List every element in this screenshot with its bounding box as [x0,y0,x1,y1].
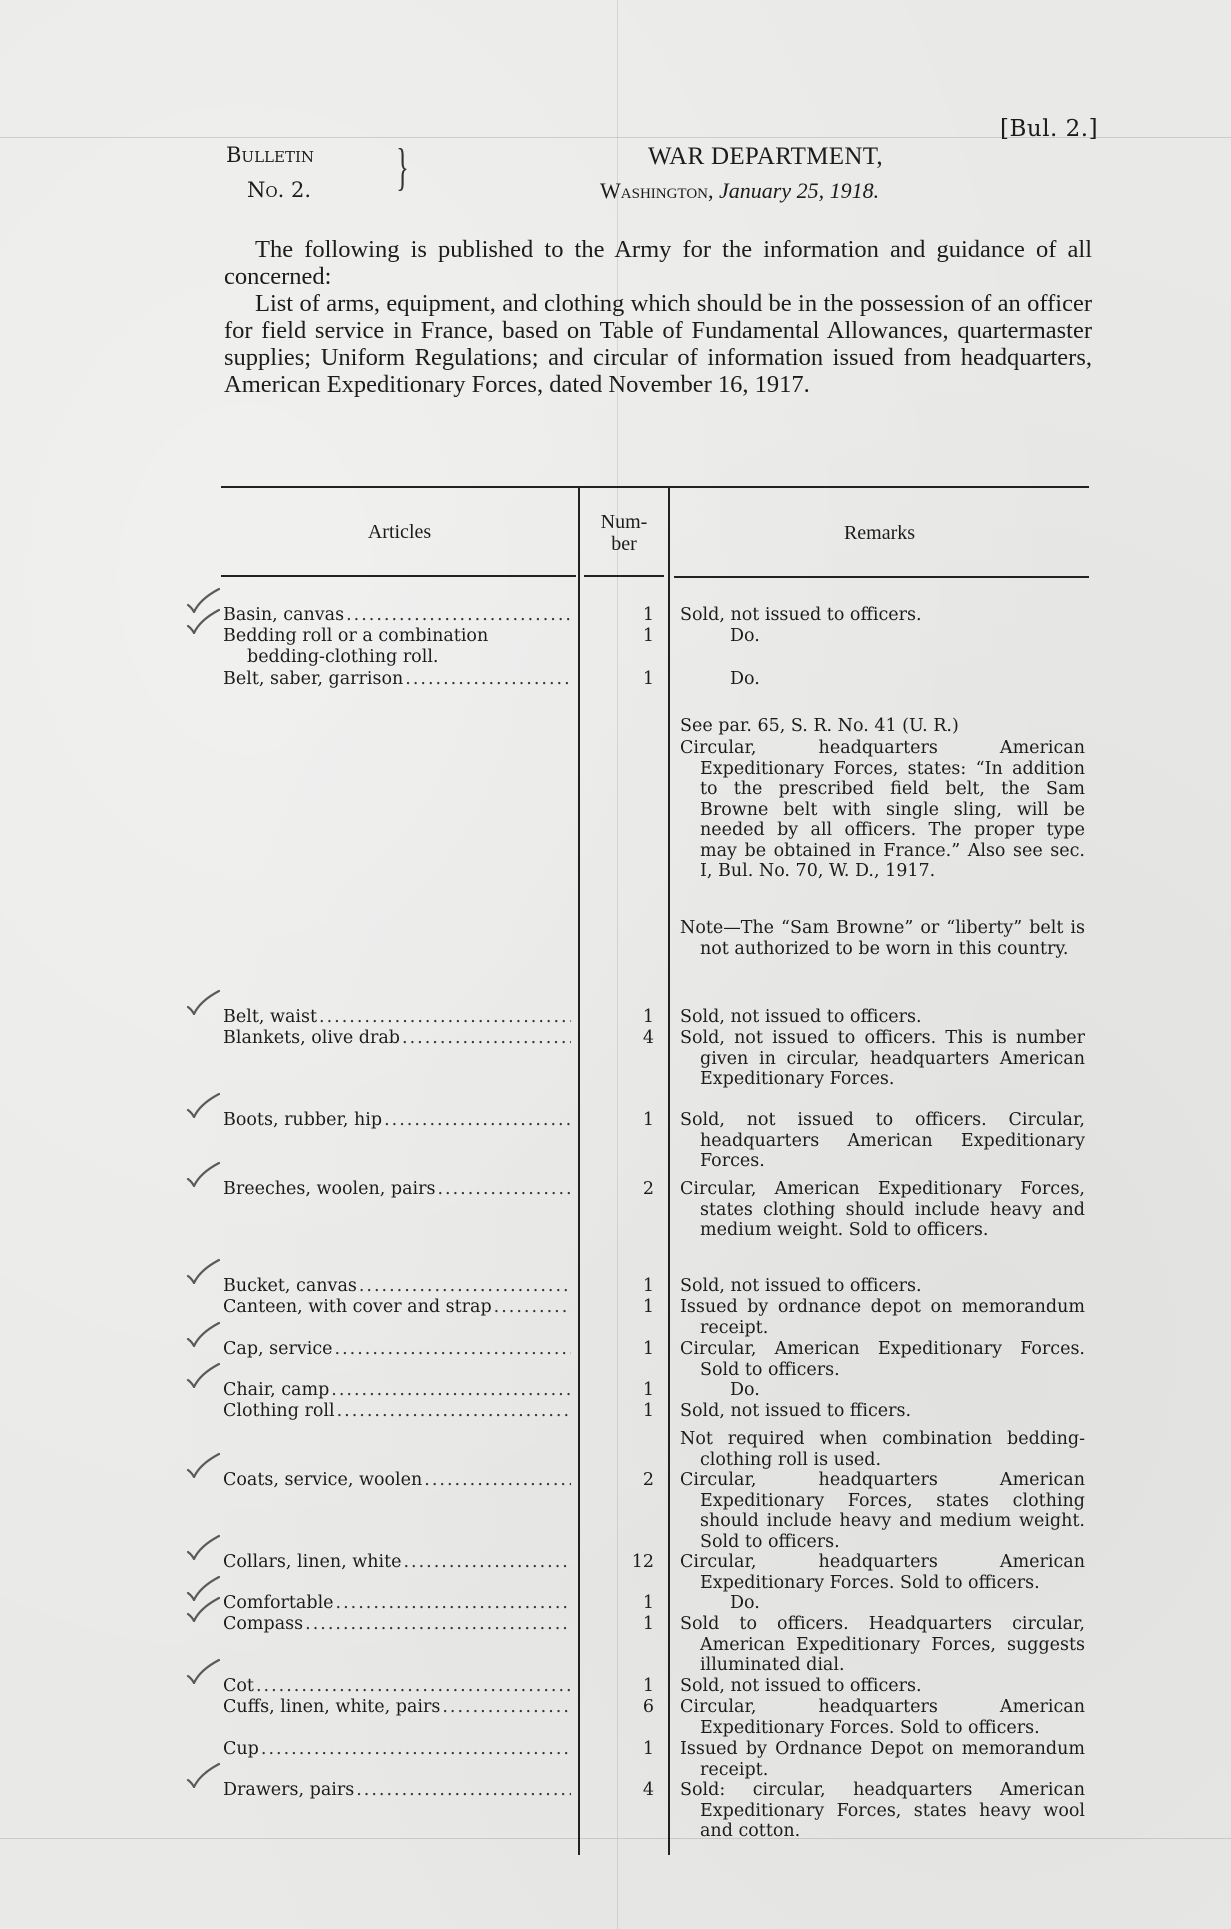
pencil-check-icon [186,1321,220,1347]
leader-dots: ........................................… [356,1780,571,1801]
article-cell: Coats, service, woolen..................… [223,1470,571,1491]
date: January 25, 1918. [719,178,879,203]
article-name: Clothing roll [223,1401,335,1422]
bulletin-tag: [Bul. 2.] [1000,116,1098,142]
bulletin-number: No. 2. [247,178,311,202]
pencil-check-icon [186,989,220,1015]
remarks-text: Circular, headquarters American Expediti… [680,1697,1085,1738]
article-line: Breeches, woolen, pairs.................… [223,1179,571,1200]
remarks-text: Circular, American Expeditionary Forces,… [680,1179,1085,1241]
remarks-cell-continued: Circular, headquarters American Expediti… [680,738,1085,882]
place-date: Washington, January 25, 1918. [600,178,879,204]
remarks-cell: Sold, not issued to officers. [680,605,1085,626]
article-name: Cot [223,1676,254,1697]
article-line: Belt, saber, garrison...................… [223,669,571,690]
column-header-number-line2: ber [611,533,637,555]
number-cell: 1 [590,1593,654,1614]
remarks-cell: Circular, headquarters American Expediti… [680,1552,1085,1593]
leader-dots: ........................................… [337,1401,571,1422]
intro-text: The following is published to the Army f… [224,236,1092,398]
leader-dots: ........................................… [494,1297,571,1318]
article-line: Collars, linen, white...................… [223,1552,571,1573]
remarks-cell: Circular, American Expeditionary Forces.… [680,1339,1085,1380]
number-cell: 1 [590,1110,654,1131]
note-body: Note—The “Sam Browne” or “liberty” belt … [680,918,1085,959]
column-divider [668,488,670,1855]
article-line: Drawers, pairs..........................… [223,1780,571,1801]
column-header-remarks: Remarks [670,522,1089,544]
remarks-text: Sold: circular, headquarters American Ex… [680,1780,1085,1842]
leader-dots: ........................................… [403,1552,571,1573]
article-line: Cot.....................................… [223,1676,571,1697]
remarks-cell: Sold, not issued to officers. This is nu… [680,1028,1085,1090]
article-line: Clothing roll...........................… [223,1401,571,1422]
article-cell: Compass.................................… [223,1614,571,1635]
remarks-text: Sold, not issued to officers. Circular, … [680,1110,1085,1172]
leader-dots: ........................................… [384,1110,571,1131]
remarks-cell: Do. [680,669,1085,690]
leader-dots: ........................................… [319,1007,571,1028]
number-cell: 1 [590,1297,654,1318]
article-name: Drawers, pairs [223,1780,354,1801]
number-cell: 1 [590,1007,654,1028]
number-cell: 1 [590,605,654,626]
number-cell: 1 [590,1739,654,1760]
remarks-text: Sold to officers. Headquarters circular,… [680,1614,1085,1676]
number-cell: 12 [590,1552,654,1573]
leader-dots: ........................................… [331,1380,571,1401]
leader-dots: ........................................… [424,1470,571,1491]
leader-dots: ........................................… [402,1028,571,1049]
article-line: Chair, camp.............................… [223,1380,571,1401]
remarks-cell: Do. [680,1593,1085,1614]
pencil-check-icon [186,1362,220,1388]
article-line: Cuffs, linen, white, pairs..............… [223,1697,571,1718]
note-text: Note—The “Sam Browne” or “liberty” belt … [680,918,1085,959]
remarks-text: Sold, not issued to officers. This is nu… [680,1028,1085,1090]
number-cell: 1 [590,1339,654,1360]
number-cell: 1 [590,626,654,647]
leader-dots: ........................................… [359,1276,571,1297]
remarks-cell: Circular, headquarters American Expediti… [680,1470,1085,1552]
article-name: Coats, service, woolen [223,1470,422,1491]
remarks-text: Circular, headquarters American Expediti… [680,1470,1085,1552]
brace-icon: } [396,142,408,194]
article-cell: Collars, linen, white...................… [223,1552,571,1573]
department-title: WAR DEPARTMENT, [648,143,883,171]
article-cell: Clothing roll...........................… [223,1401,571,1422]
pencil-check-icon [186,1452,220,1478]
article-line: Canteen, with cover and strap...........… [223,1297,571,1318]
article-cell: Basin, canvas...........................… [223,605,571,626]
article-line: Boots, rubber, hip......................… [223,1110,571,1131]
article-name: Bucket, canvas [223,1276,357,1297]
article-cell: Chair, camp.............................… [223,1380,571,1401]
remarks-cell: Circular, American Expeditionary Forces,… [680,1179,1085,1241]
remarks-cell: Circular, headquarters American Expediti… [680,1697,1085,1738]
bulletin-label: Bulletin [226,143,314,167]
remarks-text: Sold, not issued to officers. [680,1276,1085,1297]
leader-dots: ........................................… [437,1179,571,1200]
number-cell: 1 [590,1614,654,1635]
header-rule [584,575,664,577]
leader-dots: ........................................… [405,669,571,690]
article-line: Compass.................................… [223,1614,571,1635]
article-name: Blankets, olive drab [223,1028,400,1049]
intro-paragraph-2: List of arms, equipment, and clothing wh… [224,290,1092,398]
article-cell: Belt, saber, garrison...................… [223,669,571,690]
article-name: Breeches, woolen, pairs [223,1179,435,1200]
number-cell: 4 [590,1780,654,1801]
article-cell: Bedding roll or a combinationbedding-clo… [223,626,571,668]
remarks-cell-continued: Not required when combination bedding-cl… [680,1429,1085,1470]
pencil-check-icon [186,1258,220,1284]
article-cell: Cot.....................................… [223,1676,571,1697]
pencil-check-icon [186,1596,220,1622]
pencil-check-icon [186,1762,220,1788]
intro-paragraph-1: The following is published to the Army f… [224,236,1092,290]
header-rule [221,575,576,577]
remarks-cell: Sold, not issued to officers. Circular, … [680,1110,1085,1172]
number-cell: 1 [590,1380,654,1401]
article-continuation: bedding-clothing roll. [223,647,571,668]
remarks-text: Do. [730,626,1085,647]
remarks-text: Do. [730,1593,1085,1614]
place: Washington, [600,178,714,203]
leader-dots: ........................................… [261,1739,571,1760]
remarks-text: Do. [730,1380,1085,1401]
remarks-text: Sold, not issued to officers. [680,1676,1085,1697]
remarks-text: Circular, headquarters American Expediti… [680,1552,1085,1593]
remarks-cell: Sold to officers. Headquarters circular,… [680,1614,1085,1676]
remarks-text: Issued by Ordnance Depot on memorandum r… [680,1739,1085,1780]
article-name: Belt, saber, garrison [223,669,403,690]
remarks-text: Sold, not issued to officers. [680,605,1085,626]
article-cell: Drawers, pairs..........................… [223,1780,571,1801]
article-name: Collars, linen, white [223,1552,401,1573]
number-cell: 4 [590,1028,654,1049]
article-line: Cup.....................................… [223,1739,571,1760]
article-cell: Cup.....................................… [223,1739,571,1760]
article-line: Cap, service............................… [223,1339,571,1360]
column-header-articles: Articles [221,521,578,543]
article-cell: Blankets, olive drab....................… [223,1028,571,1049]
article-name: Cup [223,1739,259,1760]
pencil-check-icon [186,608,220,634]
remarks-text: Circular, headquarters American Expediti… [680,738,1085,882]
pencil-check-icon [186,1161,220,1187]
remarks-cell: Sold: circular, headquarters American Ex… [680,1780,1085,1842]
article-cell: Belt, waist.............................… [223,1007,571,1028]
remarks-cell: Sold, not issued to fficers. [680,1401,1085,1422]
article-line: Bedding roll or a combination [223,626,571,647]
article-line: Basin, canvas...........................… [223,605,571,626]
remarks-text: Sold, not issued to officers. [680,1007,1085,1028]
article-line: Coats, service, woolen..................… [223,1470,571,1491]
number-cell: 2 [590,1470,654,1491]
remarks-cell: See par. 65, S. R. No. 41 (U. R.) [680,716,1085,737]
article-line: Comfortable.............................… [223,1593,571,1614]
remarks-cell: Do. [680,1380,1085,1401]
article-name: Cap, service [223,1339,333,1360]
column-divider [578,488,580,1855]
remarks-text: Sold, not issued to fficers. [680,1401,1085,1422]
column-header-number-line1: Num- [601,511,648,533]
article-line: Belt, waist.............................… [223,1007,571,1028]
number-cell: 6 [590,1697,654,1718]
column-header-number: Num- ber [580,511,668,555]
header-rule [674,576,1089,578]
remarks-cell: Issued by Ordnance Depot on memorandum r… [680,1739,1085,1780]
article-cell: Canteen, with cover and strap...........… [223,1297,571,1318]
pencil-check-icon [186,1534,220,1560]
article-cell: Breeches, woolen, pairs.................… [223,1179,571,1200]
pencil-check-icon [186,1658,220,1684]
number-cell: 1 [590,1676,654,1697]
number-cell: 1 [590,1276,654,1297]
article-name: Belt, waist [223,1007,317,1028]
article-cell: Bucket, canvas..........................… [223,1276,571,1297]
remarks-cell: Do. [680,626,1085,647]
article-line: Bucket, canvas..........................… [223,1276,571,1297]
article-name: Bedding roll or a combination [223,626,488,647]
remarks-text: Circular, American Expeditionary Forces.… [680,1339,1085,1380]
remarks-text: Not required when combination bedding-cl… [680,1429,1085,1470]
remarks-cell: Sold, not issued to officers. [680,1276,1085,1297]
article-line: Blankets, olive drab....................… [223,1028,571,1049]
remarks-text: Do. [730,669,1085,690]
number-cell: 1 [590,669,654,690]
leader-dots: ........................................… [256,1676,571,1697]
article-cell: Comfortable.............................… [223,1593,571,1614]
leader-dots: ........................................… [336,1593,571,1614]
number-cell: 1 [590,1401,654,1422]
article-name: Canteen, with cover and strap [223,1297,492,1318]
leader-dots: ........................................… [335,1339,572,1360]
article-name: Chair, camp [223,1380,329,1401]
table-top-rule [221,486,1089,488]
leader-dots: ........................................… [305,1614,571,1635]
article-name: Cuffs, linen, white, pairs [223,1697,440,1718]
remarks-text: Issued by ordnance depot on memorandum r… [680,1297,1085,1338]
number-cell: 2 [590,1179,654,1200]
article-name: Compass [223,1614,303,1635]
remarks-cell: Sold, not issued to officers. [680,1007,1085,1028]
article-name: Boots, rubber, hip [223,1110,382,1131]
article-cell: Boots, rubber, hip......................… [223,1110,571,1131]
article-cell: Cuffs, linen, white, pairs..............… [223,1697,571,1718]
leader-dots: ........................................… [442,1697,571,1718]
remarks-cell: Sold, not issued to officers. [680,1676,1085,1697]
remarks-cell: Issued by ordnance depot on memorandum r… [680,1297,1085,1338]
article-name: Basin, canvas [223,605,344,626]
article-name: Comfortable [223,1593,334,1614]
pencil-check-icon [186,1092,220,1118]
article-cell: Cap, service............................… [223,1339,571,1360]
leader-dots: ........................................… [346,605,571,626]
remarks-text: See par. 65, S. R. No. 41 (U. R.) [680,716,1085,737]
